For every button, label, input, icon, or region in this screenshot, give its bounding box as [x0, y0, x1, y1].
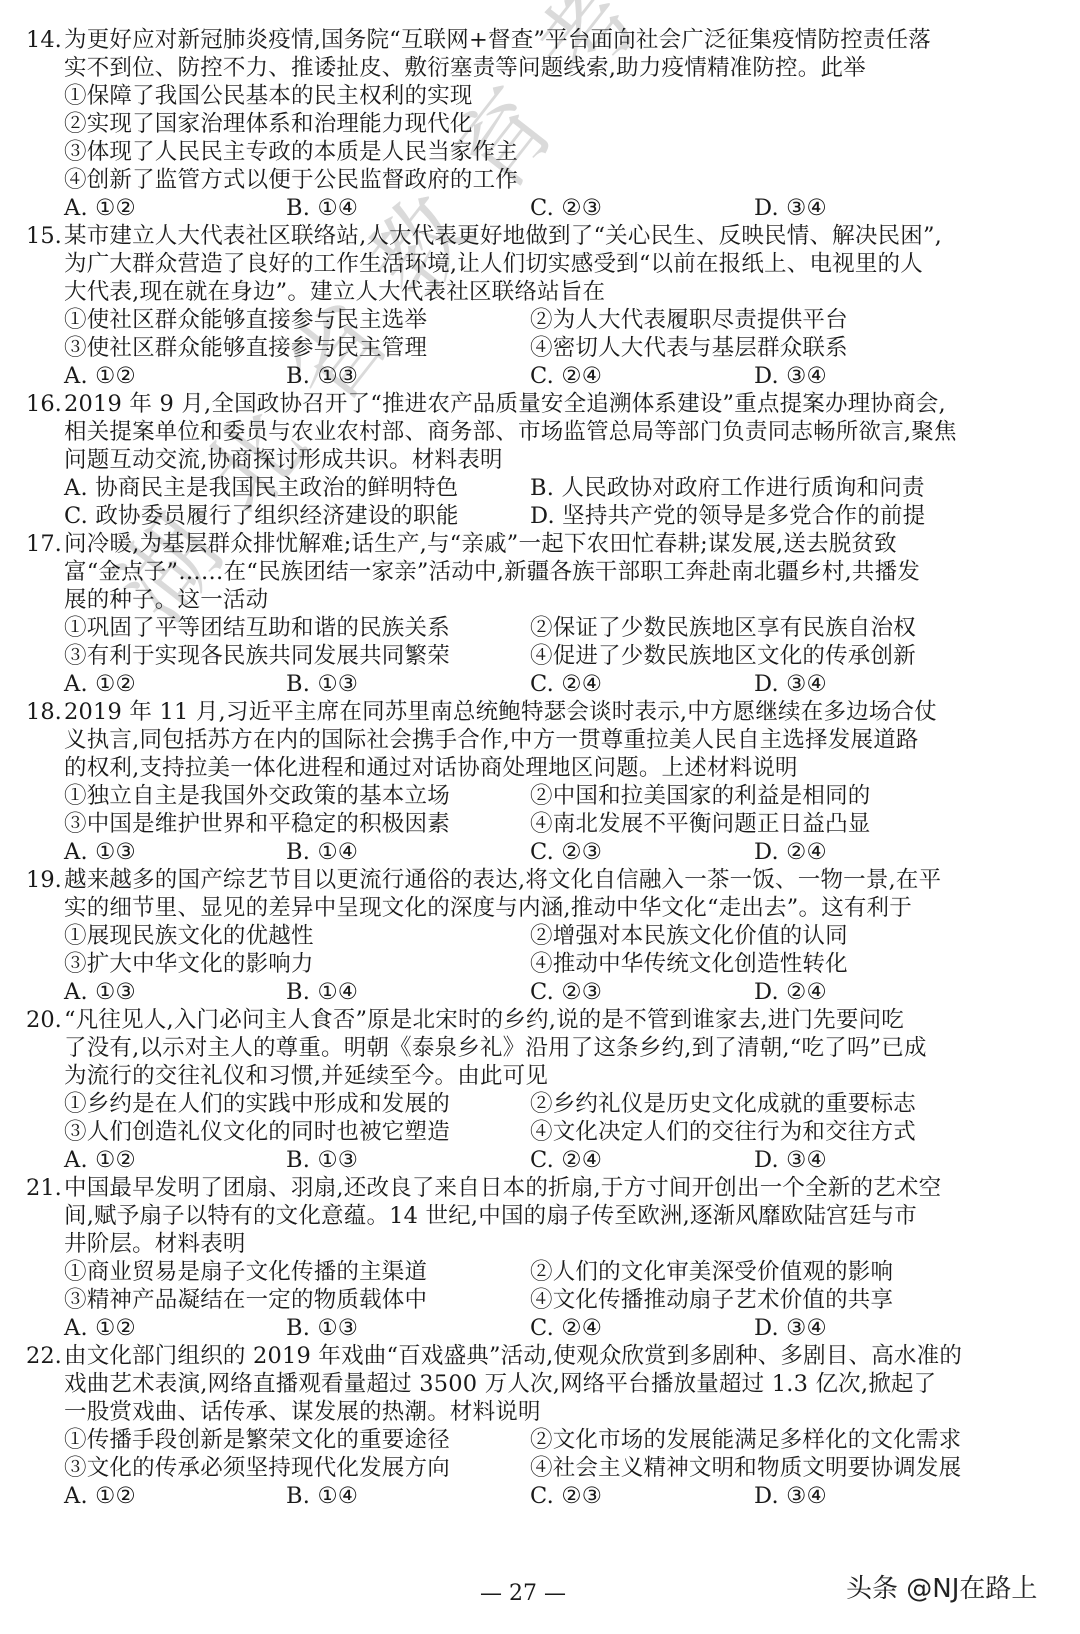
- statement: ②文化市场的发展能满足多样化的文化需求: [530, 1426, 961, 1454]
- question-number: 16.: [26, 390, 62, 418]
- stem-line: 问冷暖,为基层群众排忧解难;话生产,与“亲戚”一起下农田忙春耕;谋发展,送去脱贫…: [64, 530, 897, 558]
- stem-line: 富“金点子”……在“民族团结一家亲”活动中,新疆各族干部职工奔赴南北疆乡村,共播…: [64, 558, 920, 586]
- statement: ②实现了国家治理体系和治理能力现代化: [64, 110, 473, 138]
- stem-line: 某市建立人大代表社区联络站,人大代表更好地做到了“关心民生、反映民情、解决民困”…: [64, 222, 942, 250]
- statement: ①巩固了平等团结互助和谐的民族关系: [64, 614, 450, 642]
- stem-line: 相关提案单位和委员与农业农村部、商务部、市场监管总局等部门负责同志畅所欲言,聚焦: [64, 418, 957, 446]
- statement: ④南北发展不平衡问题正日益凸显: [530, 810, 871, 838]
- stem-line: “凡往见人,入门必问主人食否”原是北宋时的乡约,说的是不管到谁家去,进门先要问吃: [64, 1006, 904, 1034]
- choice-c: C. ②④: [530, 1146, 602, 1174]
- stem-line: 了没有,以示对主人的尊重。明朝《泰泉乡礼》沿用了这条乡约,到了清朝,“吃了吗”已…: [64, 1034, 927, 1062]
- stem-line: 一股赏戏曲、话传承、谋发展的热潮。材料说明: [64, 1398, 541, 1426]
- question-number: 20.: [26, 1006, 62, 1034]
- statement: ④密切人大代表与基层群众联系: [530, 334, 848, 362]
- stem-line: 井阶层。材料表明: [64, 1230, 246, 1258]
- stem-line: 越来越多的国产综艺节目以更流行通俗的表达,将文化自信融入一茶一饭、一物一景,在平: [64, 866, 941, 894]
- statement: ④文化传播推动扇子艺术价值的共享: [530, 1286, 893, 1314]
- choice-b: B. ①④: [286, 978, 358, 1006]
- stem-line: 为流行的交往礼仪和习惯,并延续至今。由此可见: [64, 1062, 548, 1090]
- statement: ③文化的传承必须坚持现代化发展方向: [64, 1454, 450, 1482]
- choice-d: D. ③④: [754, 1314, 827, 1342]
- statement: ①乡约是在人们的实践中形成和发展的: [64, 1090, 450, 1118]
- source-credit: 头条 @NJ在路上: [846, 1573, 1037, 1605]
- statement: ④文化决定人们的交往行为和交往方式: [530, 1118, 916, 1146]
- statement: ②增强对本民族文化价值的认同: [530, 922, 848, 950]
- choice-b: B. ①③: [286, 1146, 358, 1174]
- choice-c: C. ②④: [530, 670, 602, 698]
- stem-line: 2019 年 11 月,习近平主席在同苏里南总统鲍特瑟会谈时表示,中方愿继续在多…: [64, 698, 937, 726]
- choice-d: D. 坚持共产党的领导是多党合作的前提: [530, 502, 925, 530]
- choice-a: A. ①②: [64, 194, 136, 222]
- statement: ④创新了监管方式以便于公民监督政府的工作: [64, 166, 518, 194]
- statement: ①独立自主是我国外交政策的基本立场: [64, 782, 450, 810]
- stem-line: 的权利,支持拉美一体化进程和通过对话协商处理地区问题。上述材料说明: [64, 754, 798, 782]
- statement: ③有利于实现各民族共同发展共同繁荣: [64, 642, 450, 670]
- stem-line: 2019 年 9 月,全国政协召开了“推进农产品质量安全追溯体系建设”重点提案办…: [64, 390, 946, 418]
- choice-c: C. ②③: [530, 838, 602, 866]
- question-number: 22.: [26, 1342, 62, 1370]
- statement: ②乡约礼仪是历史文化成就的重要标志: [530, 1090, 916, 1118]
- statement: ②中国和拉美国家的利益是相同的: [530, 782, 871, 810]
- stem-line: 实的细节里、显见的差异中呈现文化的深度与内涵,推动中华文化“走出去”。这有利于: [64, 894, 912, 922]
- question-number: 18.: [26, 698, 62, 726]
- statement: ①传播手段创新是繁荣文化的重要途径: [64, 1426, 450, 1454]
- choice-b: B. ①④: [286, 194, 358, 222]
- choice-c: C. ②④: [530, 362, 602, 390]
- stem-line: 义执言,同包括苏方在内的国际社会携手合作,中方一贯尊重拉美人民自主选择发展道路: [64, 726, 919, 754]
- page-number: — 27 —: [480, 1580, 566, 1608]
- choice-b: B. ①④: [286, 1482, 358, 1510]
- stem-line: 为广大群众营造了良好的工作生活环境,让人们切实感受到“以前在报纸上、电视里的人: [64, 250, 923, 278]
- choice-a: A. ①②: [64, 1482, 136, 1510]
- exam-page: 湖北省教育考试院 14. 为更好应对新冠肺炎疫情,国务院“互联网+督查”平台面向…: [0, 0, 1080, 1634]
- choice-a: A. 协商民主是我国民主政治的鲜明特色: [64, 474, 458, 502]
- stem-line: 实不到位、防控不力、推诿扯皮、敷衍塞责等问题线索,助力疫情精准防控。此举: [64, 54, 866, 82]
- question-number: 19.: [26, 866, 62, 894]
- stem-line: 戏曲艺术表演,网络直播观看量超过 3500 万人次,网络平台播放量超过 1.3 …: [64, 1370, 936, 1398]
- choice-d: D. ②④: [754, 978, 827, 1006]
- statement: ①展现民族文化的优越性: [64, 922, 314, 950]
- choice-b: B. ①③: [286, 670, 358, 698]
- choice-c: C. ②③: [530, 194, 602, 222]
- choice-b: B. ①③: [286, 1314, 358, 1342]
- choice-d: D. ③④: [754, 194, 827, 222]
- stem-line: 中国最早发明了团扇、羽扇,还改良了来自日本的折扇,于方寸间开创出一个全新的艺术空: [64, 1174, 941, 1202]
- choice-a: A. ①②: [64, 1146, 136, 1174]
- statement: ③使社区群众能够直接参与民主管理: [64, 334, 427, 362]
- question-number: 14.: [26, 26, 62, 54]
- statement: ①商业贸易是扇子文化传播的主渠道: [64, 1258, 427, 1286]
- stem-line: 展的种子。这一活动: [64, 586, 268, 614]
- question-number: 17.: [26, 530, 62, 558]
- choice-d: D. ③④: [754, 1482, 827, 1510]
- choice-c: C. ②③: [530, 1482, 602, 1510]
- choice-a: A. ①②: [64, 1314, 136, 1342]
- statement: ①使社区群众能够直接参与民主选举: [64, 306, 427, 334]
- statement: ③精神产品凝结在一定的物质载体中: [64, 1286, 427, 1314]
- choice-b: B. ①③: [286, 362, 358, 390]
- statement: ④推动中华传统文化创造性转化: [530, 950, 848, 978]
- stem-line: 大代表,现在就在身边”。建立人大代表社区联络站旨在: [64, 278, 605, 306]
- stem-line: 问题互动交流,协商探讨形成共识。材料表明: [64, 446, 503, 474]
- choice-a: A. ①②: [64, 670, 136, 698]
- choice-a: A. ①③: [64, 978, 136, 1006]
- choice-c: C. ②④: [530, 1314, 602, 1342]
- choice-c: C. 政协委员履行了组织经济建设的职能: [64, 502, 459, 530]
- choice-d: D. ③④: [754, 362, 827, 390]
- choice-a: A. ①③: [64, 838, 136, 866]
- statement: ③人们创造礼仪文化的同时也被它塑造: [64, 1118, 450, 1146]
- statement: ②保证了少数民族地区享有民族自治权: [530, 614, 916, 642]
- stem-line: 为更好应对新冠肺炎疫情,国务院“互联网+督查”平台面向社会广泛征集疫情防控责任落: [64, 26, 931, 54]
- statement: ③体现了人民民主专政的本质是人民当家作主: [64, 138, 518, 166]
- choice-b: B. 人民政协对政府工作进行质询和问责: [530, 474, 925, 502]
- statement: ③扩大中华文化的影响力: [64, 950, 314, 978]
- choice-d: D. ③④: [754, 670, 827, 698]
- statement: ③中国是维护世界和平稳定的积极因素: [64, 810, 450, 838]
- choice-a: A. ①②: [64, 362, 136, 390]
- statement: ②为人大代表履职尽责提供平台: [530, 306, 848, 334]
- statement: ①保障了我国公民基本的民主权利的实现: [64, 82, 473, 110]
- statement: ④社会主义精神文明和物质文明要协调发展: [530, 1454, 961, 1482]
- question-number: 15.: [26, 222, 62, 250]
- choice-c: C. ②③: [530, 978, 602, 1006]
- choice-d: D. ②④: [754, 838, 827, 866]
- question-number: 21.: [26, 1174, 62, 1202]
- statement: ④促进了少数民族地区文化的传承创新: [530, 642, 916, 670]
- stem-line: 由文化部门组织的 2019 年戏曲“百戏盛典”活动,使观众欣赏到多剧种、多剧目、…: [64, 1342, 962, 1370]
- statement: ②人们的文化审美深受价值观的影响: [530, 1258, 893, 1286]
- choice-d: D. ③④: [754, 1146, 827, 1174]
- choice-b: B. ①④: [286, 838, 358, 866]
- stem-line: 间,赋予扇子以特有的文化意蕴。14 世纪,中国的扇子传至欧洲,逐渐风靡欧陆宫廷与…: [64, 1202, 917, 1230]
